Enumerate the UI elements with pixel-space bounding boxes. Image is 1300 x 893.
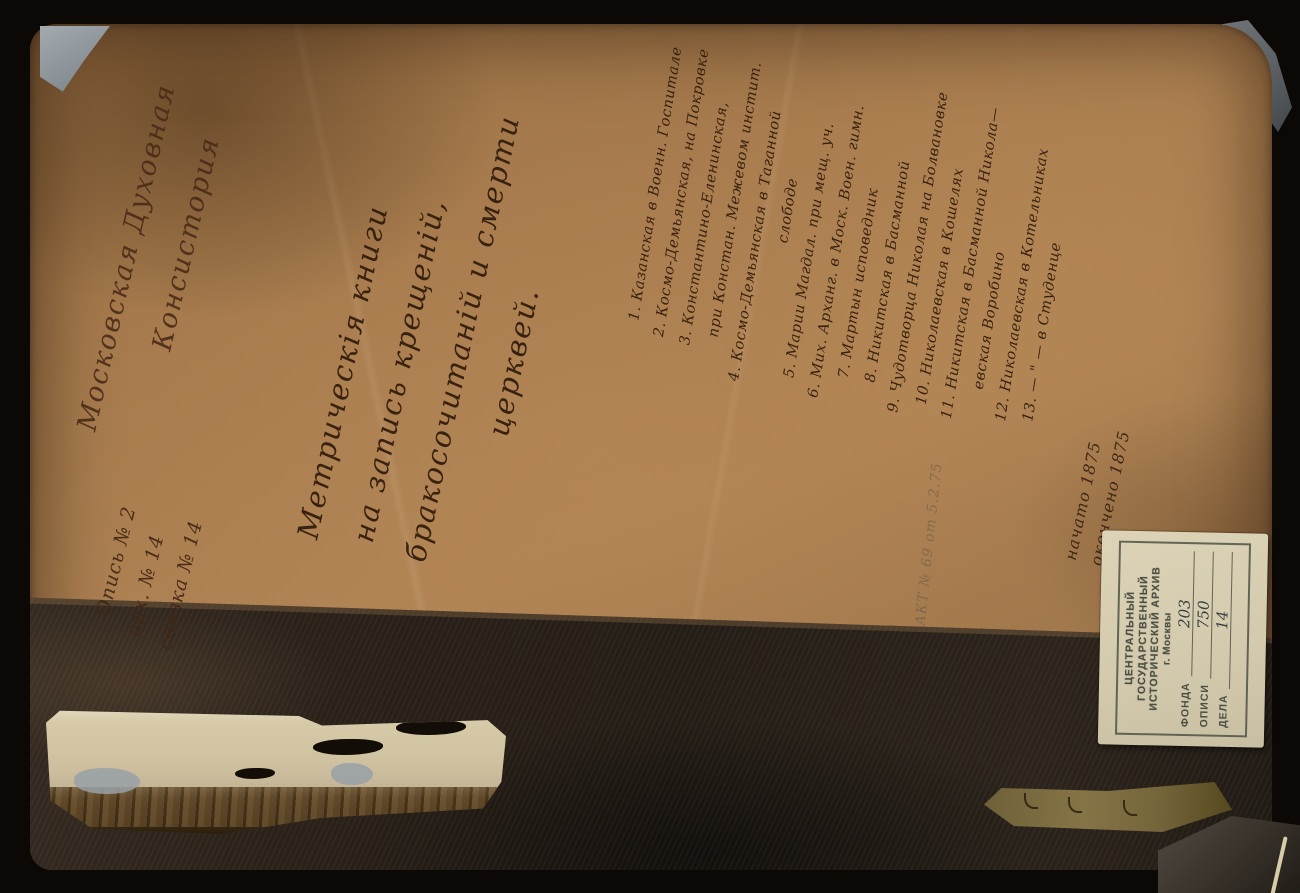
faded-writing-mark	[1024, 793, 1038, 809]
stamp-field-fond-label: ФОНДА	[1179, 682, 1192, 727]
tear-hole	[313, 739, 383, 755]
gray-wear-patch	[331, 763, 373, 785]
faded-writing-mark	[1123, 800, 1137, 816]
church-list: 1. Казанская в Военн. Госпитале 2. Космо…	[614, 12, 1097, 435]
stamp-field-opis-value: 750	[1195, 551, 1214, 678]
archive-stamp: ЦЕНТРАЛЬНЫЙ ГОСУДАРСТВЕННЫЙ ИСТОРИЧЕСКИЙ…	[1115, 541, 1251, 738]
scanned-book-cover: Московская Духовная Консистория Опись № …	[0, 0, 1300, 893]
faded-writing-mark	[1068, 797, 1082, 813]
stamp-field-fond-value: 203	[1176, 551, 1195, 677]
archive-label: ЦЕНТРАЛЬНЫЙ ГОСУДАРСТВЕННЫЙ ИСТОРИЧЕСКИЙ…	[1098, 530, 1268, 747]
stamp-field-opis-label: ОПИСИ	[1198, 684, 1211, 728]
gray-wear-patch	[74, 768, 140, 794]
tear-hole	[235, 768, 275, 779]
stamp-field-delo-label: ДЕЛА	[1217, 694, 1230, 728]
stamp-field-delo-value: 14	[1214, 552, 1233, 689]
